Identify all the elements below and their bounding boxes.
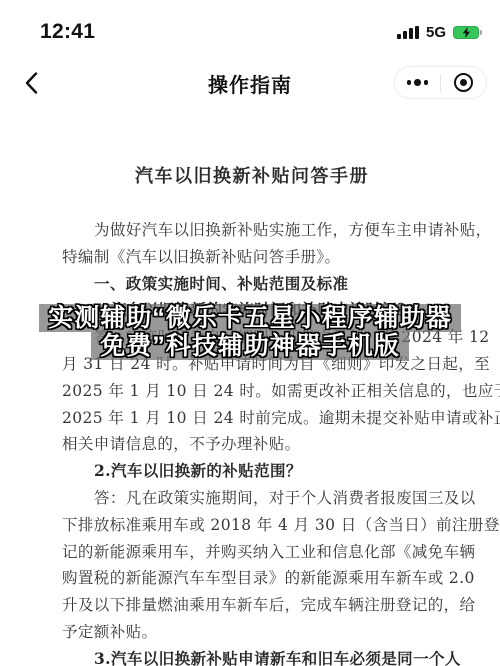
status-bar: 12:41 5G	[0, 0, 500, 54]
doc-line: 予定额补贴。	[62, 619, 442, 646]
cellular-signal-icon	[397, 26, 419, 39]
doc-line: 相关申请信息的，不予办理补贴。	[62, 431, 442, 458]
document-page: 汽车以旧换新补贴问答手册 为做好汽车以旧换新补贴实施工作，方便车主申请补贴，特编…	[0, 162, 500, 666]
clock: 12:41	[40, 20, 95, 44]
doc-line: 2025 年 1 月 10 日 24 时。如需更改补正相关信息的，也应于	[62, 378, 442, 405]
ellipsis-icon	[407, 79, 429, 86]
status-indicators: 5G	[397, 24, 482, 41]
page-title: 操作指南	[208, 69, 292, 98]
doc-line: 3.汽车以旧换新补贴申请新车和旧车必须是同一个人	[62, 646, 442, 666]
nav-bar: 操作指南	[0, 54, 500, 112]
document-title: 汽车以旧换新补贴问答手册	[62, 162, 442, 188]
doc-line: 为做好汽车以旧换新补贴实施工作，方便车主申请补贴，	[62, 217, 442, 244]
doc-body: 为做好汽车以旧换新补贴实施工作，方便车主申请补贴，特编制《汽车以旧换新补贴问答手…	[62, 217, 442, 666]
doc-line: 答：凡在政策实施期间，对于个人消费者报废国三及以	[62, 485, 442, 512]
close-miniprogram-button[interactable]	[441, 67, 486, 98]
miniprogram-capsule	[394, 66, 487, 99]
back-button[interactable]	[16, 68, 46, 98]
doc-line: 特编制《汽车以旧换新补贴问答手册》。	[62, 244, 442, 271]
doc-line: 下排放标准乘用车或 2018 年 4 月 30 日（含当日）前注册登	[62, 512, 442, 539]
doc-line: 一、政策实施时间、补贴范围及标准	[62, 271, 442, 298]
doc-line: 月 31 日 24 时。补贴申请时间为自《细则》印发之日起，至	[62, 351, 442, 378]
target-circle-icon	[454, 73, 473, 92]
doc-line: 答：实施时间为自《细则》印发之日起，至 2024 年 12	[62, 324, 442, 351]
doc-line: 记的新能源乘用车，并购买纳入工业和信息化部《减免车辆	[62, 539, 442, 566]
doc-line: 升及以下排量燃油乘用车新车后，完成车辆注册登记的，给	[62, 592, 442, 619]
more-options-button[interactable]	[395, 67, 440, 98]
doc-line: 1.汽车以旧换新的实施时间和补贴申请时间？	[62, 297, 442, 324]
screen: { "status_bar": { "time": "12:41", "netw…	[0, 0, 500, 666]
battery-charging-icon	[453, 26, 482, 39]
doc-line: 2.汽车以旧换新的补贴范围？	[62, 458, 442, 485]
lightning-bolt-icon	[462, 27, 471, 38]
doc-line: 购置税的新能源汽车车型目录》的新能源乘用车新车或 2.0	[62, 565, 442, 592]
chevron-left-icon	[25, 72, 38, 94]
network-type-label: 5G	[426, 24, 446, 41]
doc-line: 2025 年 1 月 10 日 24 时前完成。逾期未提交补贴申请或补正	[62, 405, 442, 432]
